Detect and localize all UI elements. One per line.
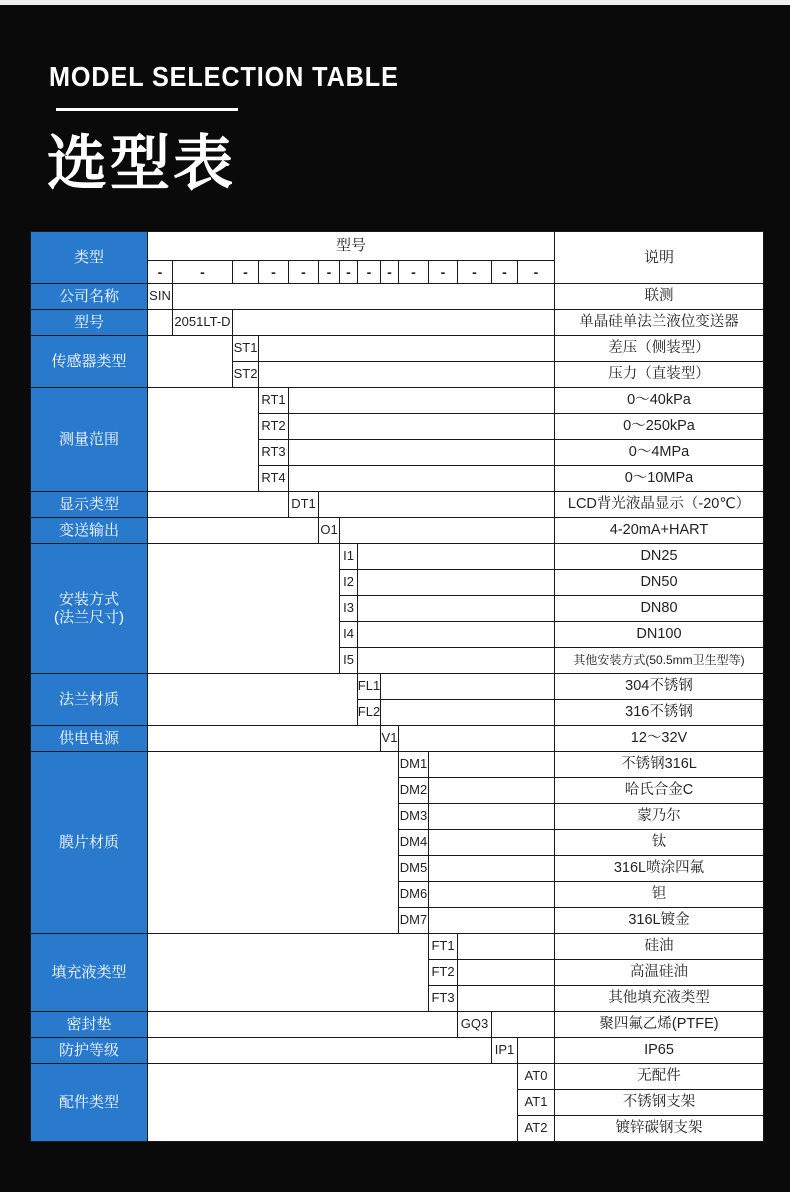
code-cell: ST2	[233, 362, 259, 388]
top-edge-strip	[0, 0, 790, 5]
filler-cell	[173, 284, 554, 310]
code-cell: 2051LT-D	[173, 310, 233, 336]
model-digit-dash-cell: -	[358, 261, 381, 284]
description-cell: 蒙乃尔	[554, 804, 763, 830]
code-cell: DM3	[399, 804, 429, 830]
description-cell: LCD背光液晶显示（-20℃）	[554, 492, 763, 518]
spacer-cell	[148, 934, 429, 1012]
description-cell: 0～10MPa	[554, 466, 763, 492]
description-cell: 无配件	[554, 1064, 763, 1090]
group-label-cell: 膜片材质	[31, 752, 148, 934]
group-label-line: 安装方式	[59, 591, 119, 608]
description-cell: DN25	[554, 544, 763, 570]
spacer-cell	[148, 544, 340, 674]
description-header-cell: 说明	[554, 232, 763, 284]
page-title-zh: 选型表	[47, 116, 236, 202]
description-cell: 镀锌碳钢支架	[554, 1116, 763, 1142]
group-label-cell: 填充液类型	[31, 934, 148, 1012]
title-underline	[56, 108, 238, 111]
code-cell: RT2	[259, 414, 289, 440]
model-digit-dash-cell: -	[233, 261, 259, 284]
description-cell: 高温硅油	[554, 960, 763, 986]
model-digit-dash-cell: -	[429, 261, 458, 284]
description-cell: 钛	[554, 830, 763, 856]
code-cell: I2	[340, 570, 358, 596]
model-digit-dash-cell: -	[259, 261, 289, 284]
filler-cell	[429, 856, 554, 882]
description-cell: 12～32V	[554, 726, 763, 752]
filler-cell	[358, 596, 554, 622]
code-cell: DT1	[289, 492, 319, 518]
code-cell: AT1	[518, 1090, 554, 1116]
filler-cell	[358, 544, 554, 570]
code-cell: I3	[340, 596, 358, 622]
code-cell: V1	[381, 726, 399, 752]
code-cell: AT2	[518, 1116, 554, 1142]
description-cell: 硅油	[554, 934, 763, 960]
code-cell: FT3	[429, 986, 458, 1012]
filler-cell	[358, 570, 554, 596]
description-cell: 钽	[554, 882, 763, 908]
group-label-cell: 法兰材质	[31, 674, 148, 726]
filler-cell	[458, 960, 554, 986]
filler-cell	[492, 1012, 554, 1038]
description-cell: IP65	[554, 1038, 763, 1064]
group-label-cell: 配件类型	[31, 1064, 148, 1142]
spacer-cell	[148, 752, 399, 934]
group-label-cell: 型号	[31, 310, 148, 336]
model-digit-dash-cell: -	[458, 261, 492, 284]
filler-cell	[289, 466, 554, 492]
filler-cell	[358, 622, 554, 648]
model-digit-dash-cell: -	[148, 261, 173, 284]
filler-cell	[340, 518, 554, 544]
description-cell: 304不锈钢	[554, 674, 763, 700]
model-digit-dash-cell: -	[399, 261, 429, 284]
description-cell: 哈氏合金C	[554, 778, 763, 804]
description-cell: DN50	[554, 570, 763, 596]
code-cell: DM4	[399, 830, 429, 856]
description-cell: DN80	[554, 596, 763, 622]
code-cell: DM2	[399, 778, 429, 804]
filler-cell	[399, 726, 554, 752]
filler-cell	[259, 336, 554, 362]
type-header-cell: 类型	[31, 232, 148, 284]
description-cell: 压力（直装型）	[554, 362, 763, 388]
filler-cell	[381, 674, 554, 700]
filler-cell	[458, 934, 554, 960]
code-cell: O1	[319, 518, 340, 544]
filler-cell	[429, 778, 554, 804]
code-cell: I4	[340, 622, 358, 648]
description-cell: 0～4MPa	[554, 440, 763, 466]
code-cell: FT1	[429, 934, 458, 960]
model-digit-dash-cell: -	[289, 261, 319, 284]
description-cell: DN100	[554, 622, 763, 648]
group-label-cell: 安装方式(法兰尺寸)	[31, 544, 148, 674]
description-cell: 差压（侧装型）	[554, 336, 763, 362]
description-cell: 不锈钢支架	[554, 1090, 763, 1116]
filler-cell	[458, 986, 554, 1012]
filler-cell	[259, 362, 554, 388]
description-cell: 0～40kPa	[554, 388, 763, 414]
description-cell: 其他填充液类型	[554, 986, 763, 1012]
code-cell: RT1	[259, 388, 289, 414]
code-cell: RT3	[259, 440, 289, 466]
model-digit-dash-cell: -	[381, 261, 399, 284]
spacer-cell	[148, 726, 381, 752]
spacer-cell	[148, 1012, 458, 1038]
code-cell: GQ3	[458, 1012, 492, 1038]
code-cell: DM5	[399, 856, 429, 882]
filler-cell	[429, 908, 554, 934]
filler-cell	[429, 882, 554, 908]
group-label-cell: 显示类型	[31, 492, 148, 518]
code-cell: FL1	[358, 674, 381, 700]
filler-cell	[518, 1038, 554, 1064]
description-cell: 316L镀金	[554, 908, 763, 934]
filler-cell	[429, 752, 554, 778]
group-sublabel-line: (法兰尺寸)	[54, 609, 124, 626]
group-label-cell: 供电电源	[31, 726, 148, 752]
description-cell: 316不锈钢	[554, 700, 763, 726]
description-cell: 0～250kPa	[554, 414, 763, 440]
code-cell: RT4	[259, 466, 289, 492]
group-label-cell: 测量范围	[31, 388, 148, 492]
code-cell: AT0	[518, 1064, 554, 1090]
model-digit-dash-cell: -	[492, 261, 518, 284]
group-label-cell: 密封垫	[31, 1012, 148, 1038]
spacer-cell	[148, 492, 289, 518]
description-cell: 4-20mA+HART	[554, 518, 763, 544]
model-digit-dash-cell: -	[173, 261, 233, 284]
filler-cell	[289, 440, 554, 466]
spacer-cell	[148, 1064, 518, 1142]
filler-cell	[289, 414, 554, 440]
group-label-cell: 防护等级	[31, 1038, 148, 1064]
group-label-cell: 传感器类型	[31, 336, 148, 388]
description-cell: 316L喷涂四氟	[554, 856, 763, 882]
filler-cell	[429, 804, 554, 830]
code-cell: DM7	[399, 908, 429, 934]
selection-table-grid: 类型型号说明--------------公司名称SIN联测型号2051LT-D单…	[31, 232, 763, 1142]
spacer-cell	[148, 388, 259, 492]
filler-cell	[319, 492, 554, 518]
spacer-cell	[148, 310, 173, 336]
code-cell: I1	[340, 544, 358, 570]
spacer-cell	[148, 674, 358, 726]
description-cell: 其他安装方式(50.5mm卫生型等)	[554, 648, 763, 674]
description-cell: 联测	[554, 284, 763, 310]
filler-cell	[289, 388, 554, 414]
group-label-cell: 变送输出	[31, 518, 148, 544]
code-cell: SIN	[148, 284, 173, 310]
code-cell: I5	[340, 648, 358, 674]
model-number-header-cell: 型号	[148, 232, 554, 261]
code-cell: FL2	[358, 700, 381, 726]
code-cell: ST1	[233, 336, 259, 362]
selection-table: 类型型号说明--------------公司名称SIN联测型号2051LT-D单…	[30, 231, 764, 1142]
spacer-cell	[148, 336, 233, 388]
filler-cell	[233, 310, 554, 336]
model-digit-dash-cell: -	[340, 261, 358, 284]
model-digit-dash-cell: -	[518, 261, 554, 284]
code-cell: DM1	[399, 752, 429, 778]
code-cell: IP1	[492, 1038, 518, 1064]
model-digit-dash-cell: -	[319, 261, 340, 284]
filler-cell	[429, 830, 554, 856]
group-label-cell: 公司名称	[31, 284, 148, 310]
spacer-cell	[148, 1038, 492, 1064]
filler-cell	[358, 648, 554, 674]
description-cell: 聚四氟乙烯(PTFE)	[554, 1012, 763, 1038]
spacer-cell	[148, 518, 319, 544]
code-cell: FT2	[429, 960, 458, 986]
description-cell: 不锈钢316L	[554, 752, 763, 778]
filler-cell	[381, 700, 554, 726]
page-title-en: MODEL SELECTION TABLE	[49, 61, 399, 93]
code-cell: DM6	[399, 882, 429, 908]
description-cell: 单晶硅单法兰液位变送器	[554, 310, 763, 336]
